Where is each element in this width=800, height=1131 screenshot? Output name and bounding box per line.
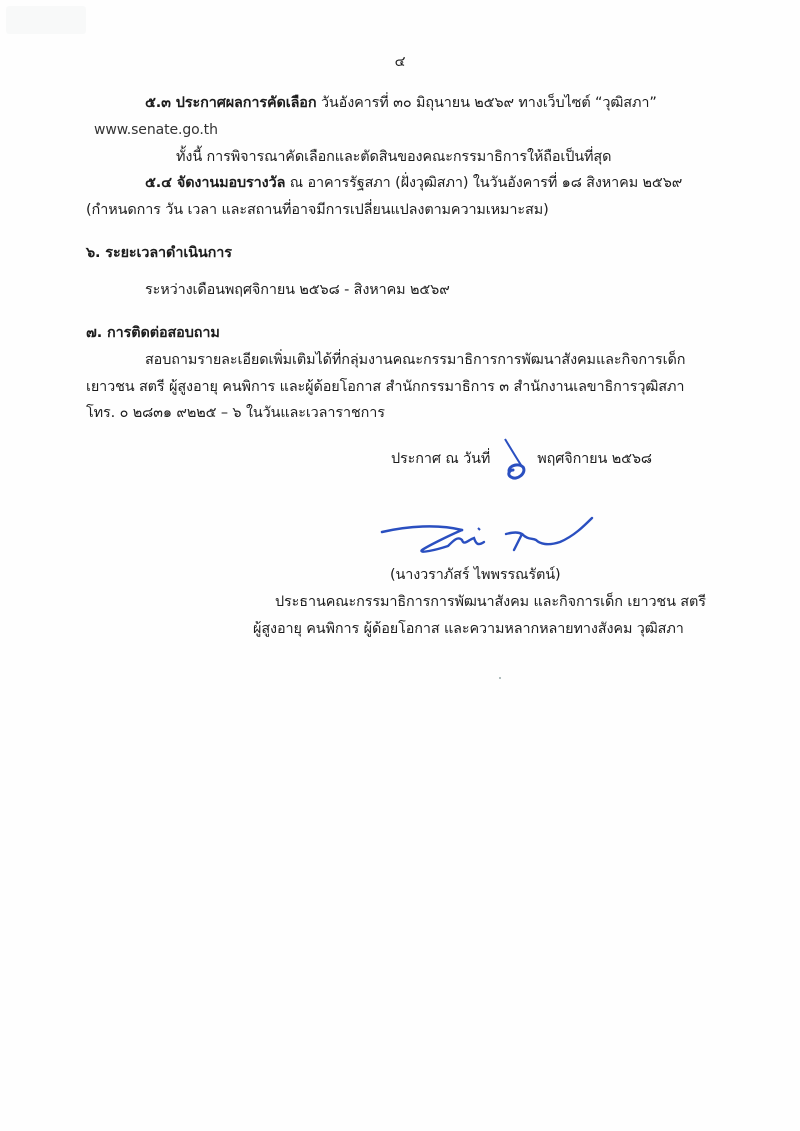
document-page: ๔ ๕.๓ ประกาศผลการคัดเลือก วันอังคารที่ ๓…: [0, 0, 800, 1131]
section-5-3-text: วันอังคารที่ ๓๐ มิถุนายน ๒๕๖๙ ทางเว็บไซต…: [316, 95, 656, 111]
section-7-line: เยาวชน สตรี ผู้สูงอายุ คนพิการ และผู้ด้อ…: [86, 377, 684, 397]
signer-name: (นางวราภัสร์ ไพพรรณรัตน์): [390, 565, 560, 585]
section-5-4-heading: ๕.๔ จัดงานมอบรางวัล: [145, 175, 285, 191]
section-5-3: ๕.๓ ประกาศผลการคัดเลือก วันอังคารที่ ๓๐ …: [145, 93, 657, 113]
section-6-text: ระหว่างเดือนพฤศจิกายน ๒๕๖๘ - สิงหาคม ๒๕๖…: [145, 280, 450, 300]
signer-title: ประธานคณะกรรมาธิการการพัฒนาสังคม และกิจก…: [275, 592, 706, 612]
website-link[interactable]: www.senate.go.th: [94, 120, 218, 140]
section-7-heading: ๗. การติดต่อสอบถาม: [86, 323, 220, 343]
page-number: ๔: [0, 52, 800, 72]
section-5-3-note: ทั้งนี้ การพิจารณาคัดเลือกและตัดสินของคณ…: [176, 147, 611, 167]
section-5-3-heading: ๕.๓ ประกาศผลการคัดเลือก: [145, 95, 316, 111]
scan-dot: [499, 677, 501, 679]
signature-image: [378, 510, 598, 560]
announcement-date: ประกาศ ณ วันที่ พฤศจิกายน ๒๕๖๘: [391, 449, 652, 469]
section-7-line: สอบถามรายละเอียดเพิ่มเติมได้ที่กลุ่มงานค…: [145, 350, 685, 370]
section-5-4: ๕.๔ จัดงานมอบรางวัล ณ อาคารรัฐสภา (ฝั่งว…: [145, 173, 682, 193]
section-5-4-text: ณ อาคารรัฐสภา (ฝั่งวุฒิสภา) ในวันอังคารท…: [285, 175, 682, 191]
contact-phone: โทร. ๐ ๒๘๓๑ ๙๒๒๕ – ๖ ในวันและเวลาราชการ: [86, 403, 385, 423]
section-5-4-note: (กำหนดการ วัน เวลา และสถานที่อาจมีการเปล…: [86, 200, 549, 220]
announcement-prefix: ประกาศ ณ วันที่: [391, 451, 490, 467]
announcement-suffix: พฤศจิกายน ๒๕๖๘: [537, 451, 652, 467]
handwritten-day-mark: [499, 437, 531, 483]
section-6-heading: ๖. ระยะเวลาดำเนินการ: [86, 243, 232, 263]
scan-artifact: [6, 6, 86, 34]
signer-title: ผู้สูงอายุ คนพิการ ผู้ด้อยโอกาส และความห…: [253, 619, 684, 639]
